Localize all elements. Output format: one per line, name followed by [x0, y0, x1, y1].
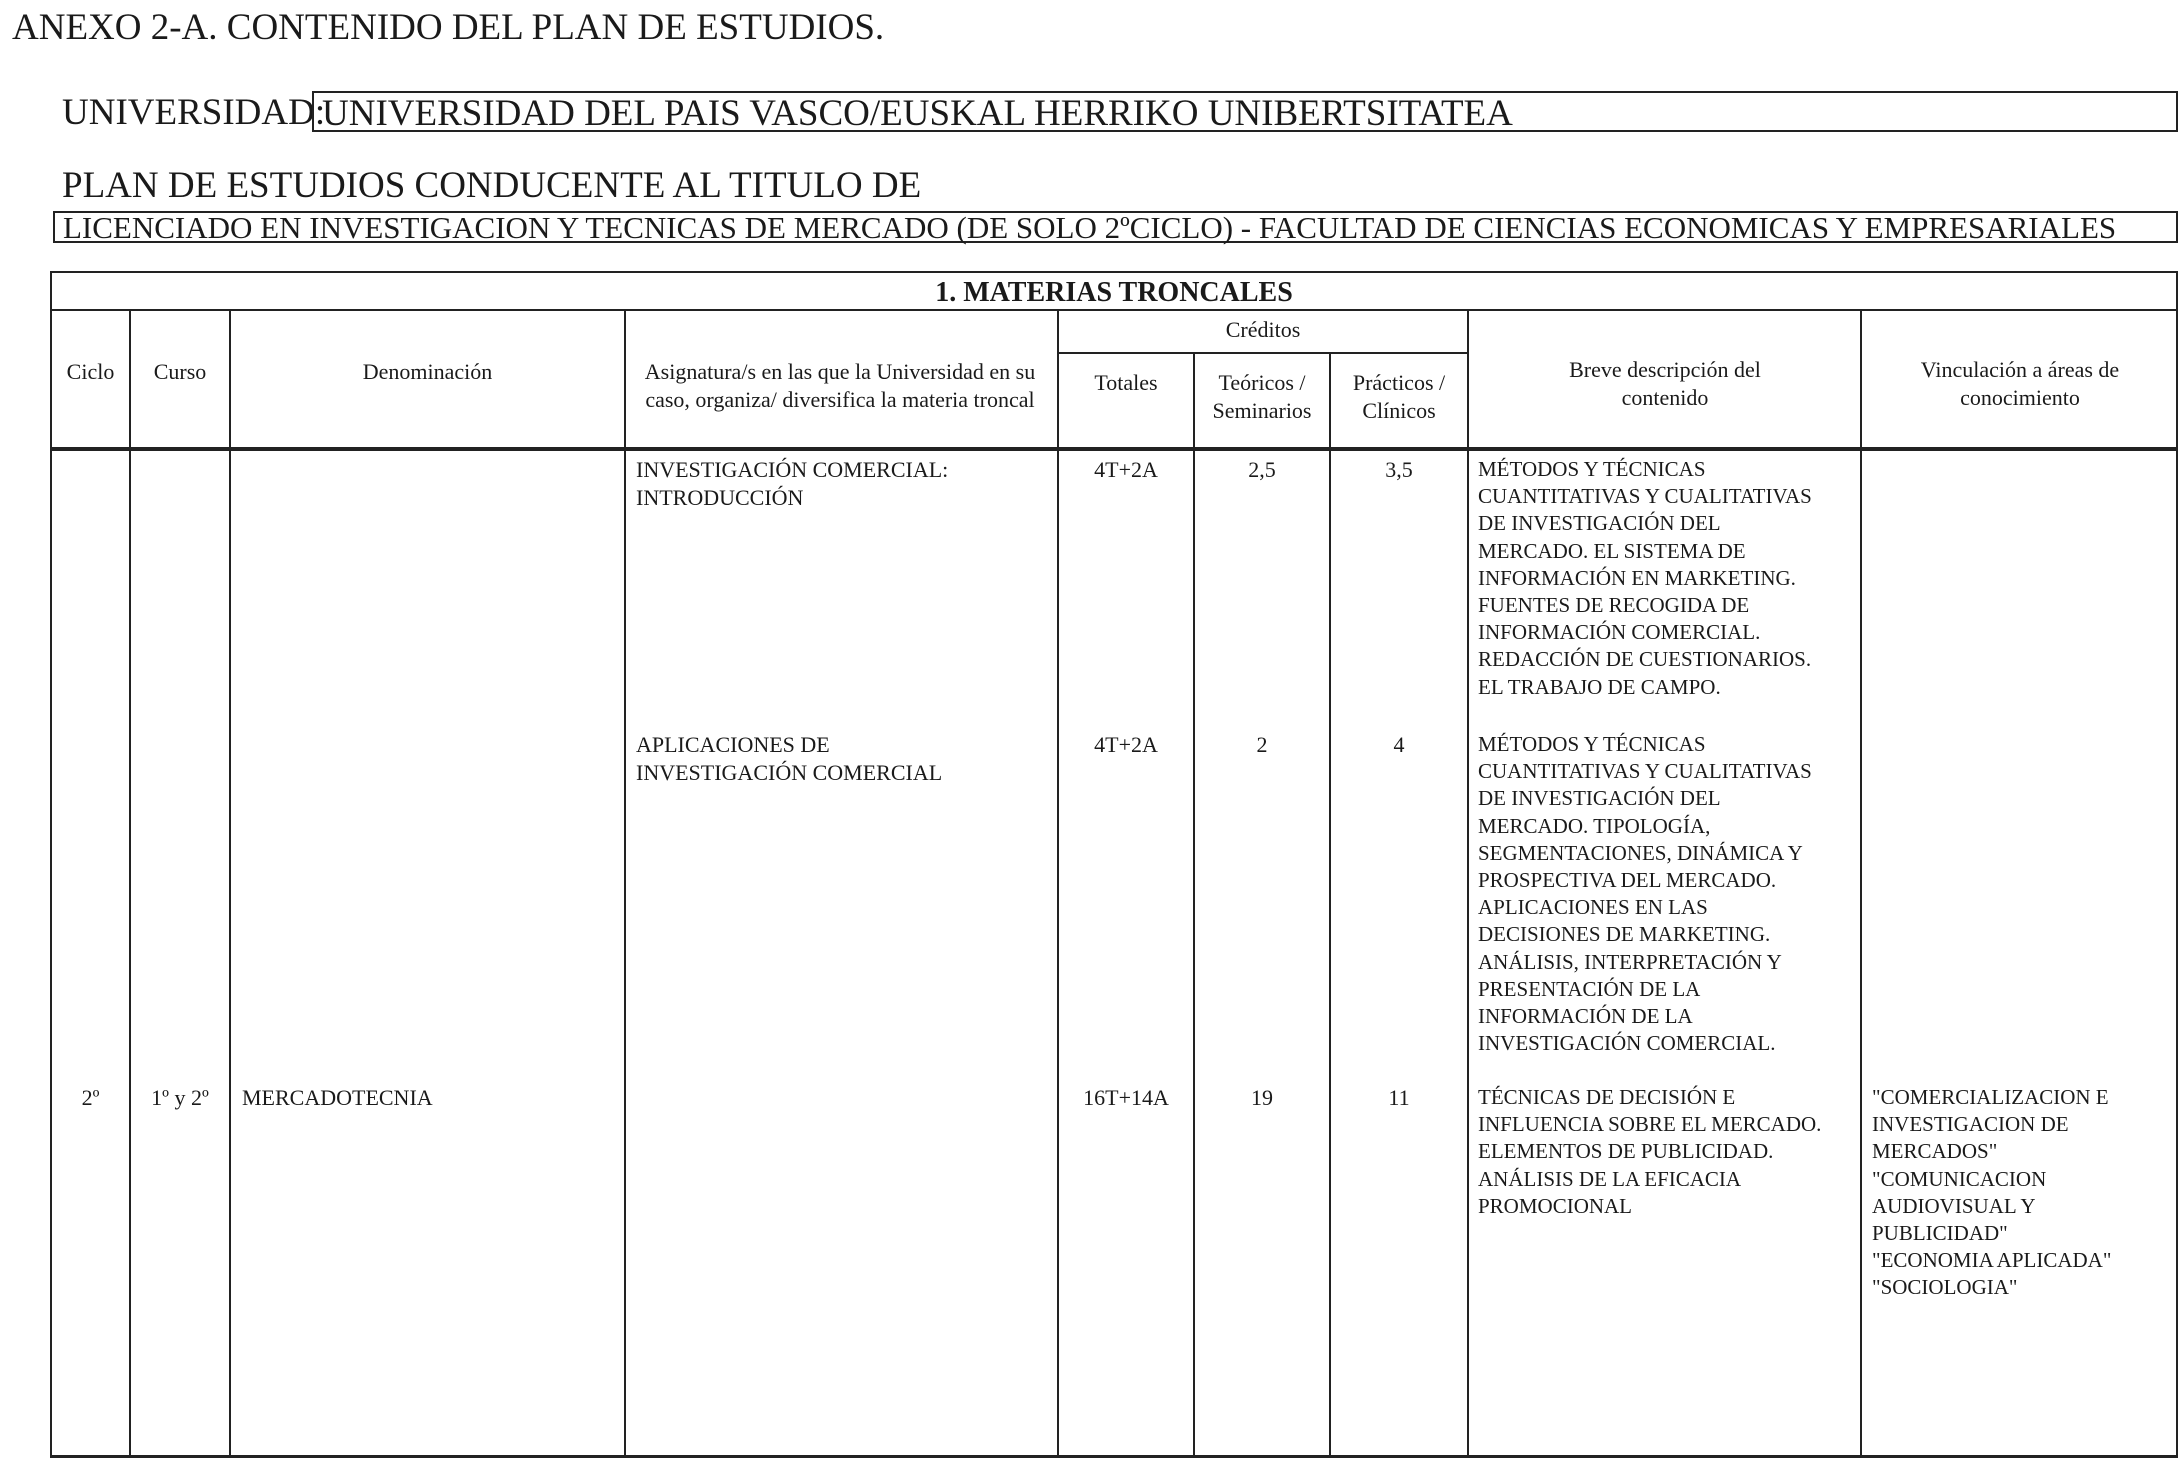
text-line: APLICACIONES DE [636, 731, 942, 759]
cell-asignatura-practicos: 3,5 [1331, 456, 1467, 484]
text-line: INFLUENCIA SOBRE EL MERCADO. [1478, 1111, 1821, 1138]
cell-asignatura-descripcion: MÉTODOS Y TÉCNICASCUANTITATIVAS Y CUALIT… [1478, 456, 1812, 701]
title-row-divider [50, 309, 2178, 311]
document-title: ANEXO 2-A. CONTENIDO DEL PLAN DE ESTUDIO… [12, 6, 884, 49]
cell-descripcion: TÉCNICAS DE DECISIÓN EINFLUENCIA SOBRE E… [1478, 1084, 1821, 1220]
university-label: UNIVERSIDAD: [62, 92, 325, 134]
cell-asignatura-practicos: 4 [1331, 731, 1467, 759]
cell-ciclo: 2º [52, 1084, 129, 1112]
text-line: ELEMENTOS DE PUBLICIDAD. [1478, 1138, 1821, 1165]
cell-asignatura-name: APLICACIONES DEINVESTIGACIÓN COMERCIAL [636, 731, 942, 787]
header-ciclo: Ciclo [52, 358, 129, 386]
cell-denominacion: MERCADOTECNIA [242, 1084, 433, 1112]
text-line: SEGMENTACIONES, DINÁMICA Y [1478, 840, 1812, 867]
text-line: MERCADO. EL SISTEMA DE [1478, 538, 1812, 565]
cell-asignatura-teoricos: 2,5 [1195, 456, 1329, 484]
text-line: DECISIONES DE MARKETING. [1478, 921, 1812, 948]
degree-field: LICENCIADO EN INVESTIGACION Y TECNICAS D… [53, 211, 2178, 243]
header-practicos: Prácticos / Clínicos [1339, 369, 1459, 425]
text-line: CUANTITATIVAS Y CUALITATIVAS [1478, 758, 1812, 785]
header-curso: Curso [131, 358, 229, 386]
text-line: ANÁLISIS DE LA EFICACIA [1478, 1166, 1821, 1193]
cell-asignatura-totales: 4T+2A [1059, 731, 1193, 759]
cell-teoricos: 19 [1195, 1084, 1329, 1112]
text-line: TÉCNICAS DE DECISIÓN E [1478, 1084, 1821, 1111]
cell-asignatura-name: INVESTIGACIÓN COMERCIAL:INTRODUCCIÓN [636, 456, 948, 512]
text-line: EL TRABAJO DE CAMPO. [1478, 674, 1812, 701]
text-line: INVESTIGACIÓN COMERCIAL [636, 759, 942, 787]
text-line: AUDIOVISUAL Y [1872, 1193, 2111, 1220]
text-line: PRESENTACIÓN DE LA [1478, 976, 1812, 1003]
col-divider-totales [1193, 352, 1195, 1457]
text-line: INVESTIGACION DE [1872, 1111, 2111, 1138]
text-line: INFORMACIÓN DE LA [1478, 1003, 1812, 1030]
text-line: INFORMACIÓN COMERCIAL. [1478, 619, 1812, 646]
header-descripcion: Breve descripción del contenido [1560, 356, 1770, 412]
creditos-subdivider [1057, 352, 1467, 354]
cell-totales: 16T+14A [1059, 1084, 1193, 1112]
text-line: INVESTIGACIÓN COMERCIAL: [636, 456, 948, 484]
text-line: PUBLICIDAD" [1872, 1220, 2111, 1247]
text-line: DE INVESTIGACIÓN DEL [1478, 510, 1812, 537]
text-line: ANÁLISIS, INTERPRETACIÓN Y [1478, 949, 1812, 976]
text-line: MERCADO. TIPOLOGÍA, [1478, 813, 1812, 840]
col-divider-teoricos [1329, 352, 1331, 1457]
section-title: 1. MATERIAS TRONCALES [50, 277, 2178, 309]
text-line: PROMOCIONAL [1478, 1193, 1821, 1220]
header-denominacion: Denominación [231, 358, 624, 386]
col-divider-descripcion [1860, 309, 1862, 1457]
cell-practicos: 11 [1331, 1084, 1467, 1112]
header-totales: Totales [1059, 369, 1193, 397]
text-line: MÉTODOS Y TÉCNICAS [1478, 731, 1812, 758]
university-field: UNIVERSIDAD DEL PAIS VASCO/EUSKAL HERRIK… [312, 91, 2178, 132]
col-divider-practicos [1467, 309, 1469, 1457]
col-divider-denominacion [624, 309, 626, 1457]
text-line: CUANTITATIVAS Y CUALITATIVAS [1478, 483, 1812, 510]
cell-asignatura-descripcion: MÉTODOS Y TÉCNICASCUANTITATIVAS Y CUALIT… [1478, 731, 1812, 1057]
text-line: MERCADOS" [1872, 1138, 2111, 1165]
text-line: APLICACIONES EN LAS [1478, 894, 1812, 921]
header-teoricos: Teóricos / Seminarios [1203, 369, 1321, 425]
text-line: PROSPECTIVA DEL MERCADO. [1478, 867, 1812, 894]
text-line: MÉTODOS Y TÉCNICAS [1478, 456, 1812, 483]
col-divider-curso [229, 309, 231, 1457]
text-line: DE INVESTIGACIÓN DEL [1478, 785, 1812, 812]
plan-label: PLAN DE ESTUDIOS CONDUCENTE AL TITULO DE [62, 164, 921, 207]
text-line: "COMERCIALIZACION E [1872, 1084, 2111, 1111]
text-line: INFORMACIÓN EN MARKETING. [1478, 565, 1812, 592]
header-creditos: Créditos [1059, 316, 1467, 344]
header-divider [50, 447, 2178, 451]
text-line: "COMUNICACION [1872, 1166, 2111, 1193]
header-vinculacion: Vinculación a áreas de conocimiento [1890, 356, 2150, 412]
cell-asignatura-totales: 4T+2A [1059, 456, 1193, 484]
header-asignaturas: Asignatura/s en las que la Universidad e… [640, 358, 1040, 414]
text-line: REDACCIÓN DE CUESTIONARIOS. [1478, 646, 1812, 673]
text-line: "SOCIOLOGIA" [1872, 1274, 2111, 1301]
cell-vinculacion: "COMERCIALIZACION EINVESTIGACION DEMERCA… [1872, 1084, 2111, 1302]
text-line: INVESTIGACIÓN COMERCIAL. [1478, 1030, 1812, 1057]
text-line: INTRODUCCIÓN [636, 484, 948, 512]
text-line: FUENTES DE RECOGIDA DE [1478, 592, 1812, 619]
cell-curso: 1º y 2º [131, 1084, 229, 1112]
cell-asignatura-teoricos: 2 [1195, 731, 1329, 759]
col-divider-ciclo [129, 309, 131, 1457]
text-line: "ECONOMIA APLICADA" [1872, 1247, 2111, 1274]
